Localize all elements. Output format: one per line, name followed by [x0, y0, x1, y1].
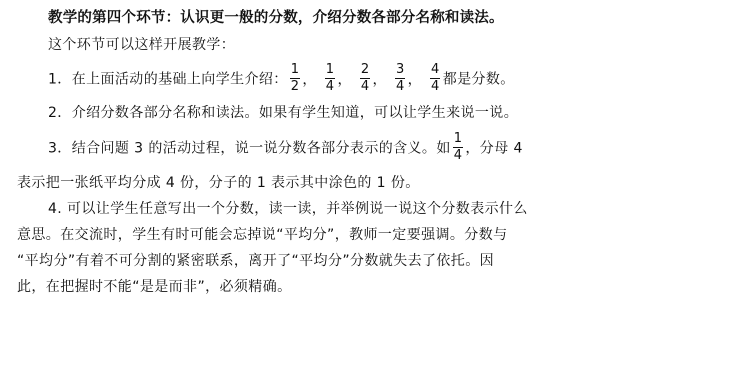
fraction-2-4: 24 — [360, 63, 371, 94]
fraction-3-4: 34 — [395, 63, 406, 94]
intro-text: 这个环节可以这样开展教学： — [48, 36, 235, 54]
list-item-1: 1．在上面活动的基础上向学生介绍：12，14，24，34，44都是分数。 — [48, 64, 515, 95]
fraction-1-4: 14 — [453, 132, 464, 163]
item-3-suffix: ，分母 4 — [465, 141, 522, 157]
item-3-prefix: 3．结合问题 3 的活动过程，说一说分数各部分表示的含义。如 — [48, 141, 451, 157]
item-1-suffix: 都是分数。 — [443, 72, 515, 88]
list-item-3: 3．结合问题 3 的活动过程，说一说分数各部分表示的含义。如14，分母 4 — [48, 133, 523, 164]
list-item-4-line-3: “平均分”有着不可分割的紧密联系，离开了“平均分”分数就失去了依托。因 — [17, 252, 494, 270]
section-title: 教学的第四个环节：认识更一般的分数，介绍分数各部分名称和读法。 — [48, 9, 504, 27]
list-item-4-line-4: 此，在把握时不能“是是而非”，必须精确。 — [17, 278, 292, 296]
item-3-continuation: 表示把一张纸平均分成 4 份，分子的 1 表示其中涂色的 1 份。 — [17, 174, 420, 192]
fraction-1-4: 14 — [325, 63, 336, 94]
list-item-4-line-1: 4. 可以让学生任意写出一个分数，读一读，并举例说一说这个分数表示什么 — [48, 200, 528, 218]
fraction-1-2: 12 — [290, 63, 301, 94]
list-item-2: 2．介绍分数各部分名称和读法。如果有学生知道，可以让学生来说一说。 — [48, 104, 518, 122]
item-1-prefix: 1．在上面活动的基础上向学生介绍： — [48, 72, 288, 88]
fraction-4-4: 44 — [430, 63, 441, 94]
list-item-4-line-2: 意思。在交流时，学生有时可能会忘掉说“平均分”，教师一定要强调。分数与 — [17, 226, 508, 244]
